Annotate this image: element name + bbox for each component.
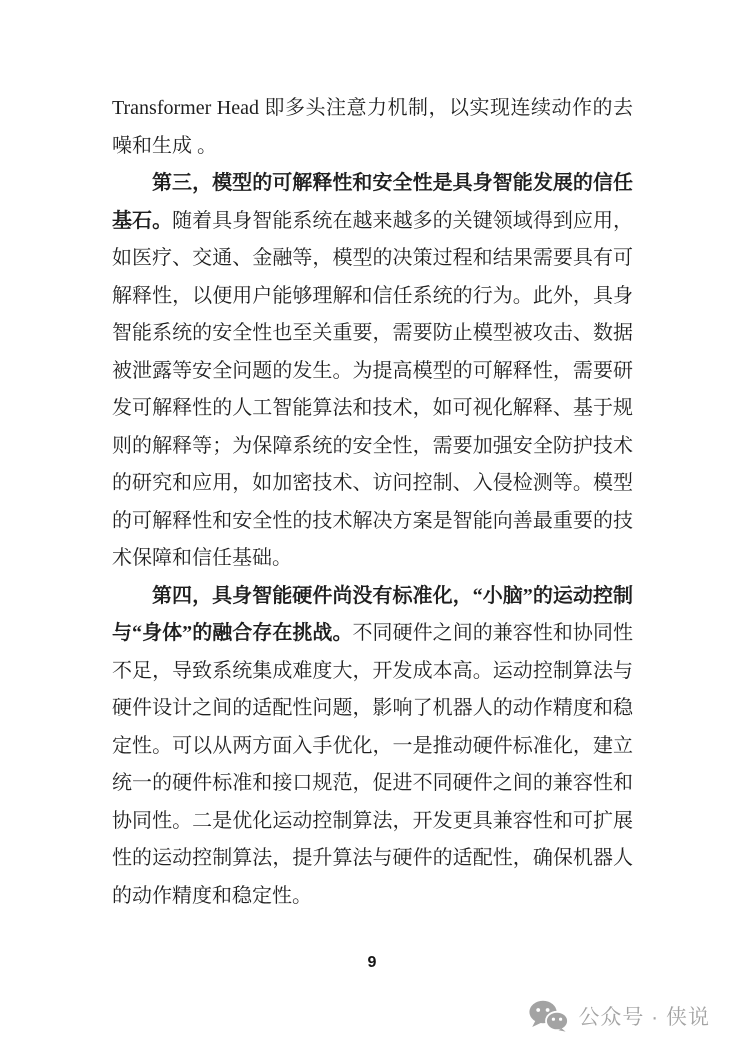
text-segment-latin: Transformer Head: [112, 97, 264, 119]
paragraph: Transformer Head 即多头注意力机制，以实现连续动作的去噪和生成 …: [112, 90, 633, 165]
footer-watermark-label: 公众号 · 侠说: [578, 1001, 710, 1031]
paragraph: 第四，具身智能硬件尚没有标准化，“小脑”的运动控制与“身体”的融合存在挑战。不同…: [112, 578, 633, 916]
wechat-icon: [528, 1000, 569, 1032]
page-number: 9: [0, 954, 744, 972]
document-page: Transformer Head 即多头注意力机制，以实现连续动作的去噪和生成 …: [0, 0, 744, 1052]
document-body: Transformer Head 即多头注意力机制，以实现连续动作的去噪和生成 …: [112, 90, 633, 915]
paragraph: 第三，模型的可解释性和安全性是具身智能发展的信任基石。随着具身智能系统在越来越多…: [112, 165, 633, 578]
footer-watermark: 公众号 · 侠说: [528, 1000, 710, 1032]
text-segment-regular: 随着具身智能系统在越来越多的关键领域得到应用，如医疗、交通、金融等，模型的决策过…: [112, 210, 633, 570]
text-segment-regular: 不同硬件之间的兼容性和协同性不足，导致系统集成难度大，开发成本高。运动控制算法与…: [112, 622, 633, 907]
